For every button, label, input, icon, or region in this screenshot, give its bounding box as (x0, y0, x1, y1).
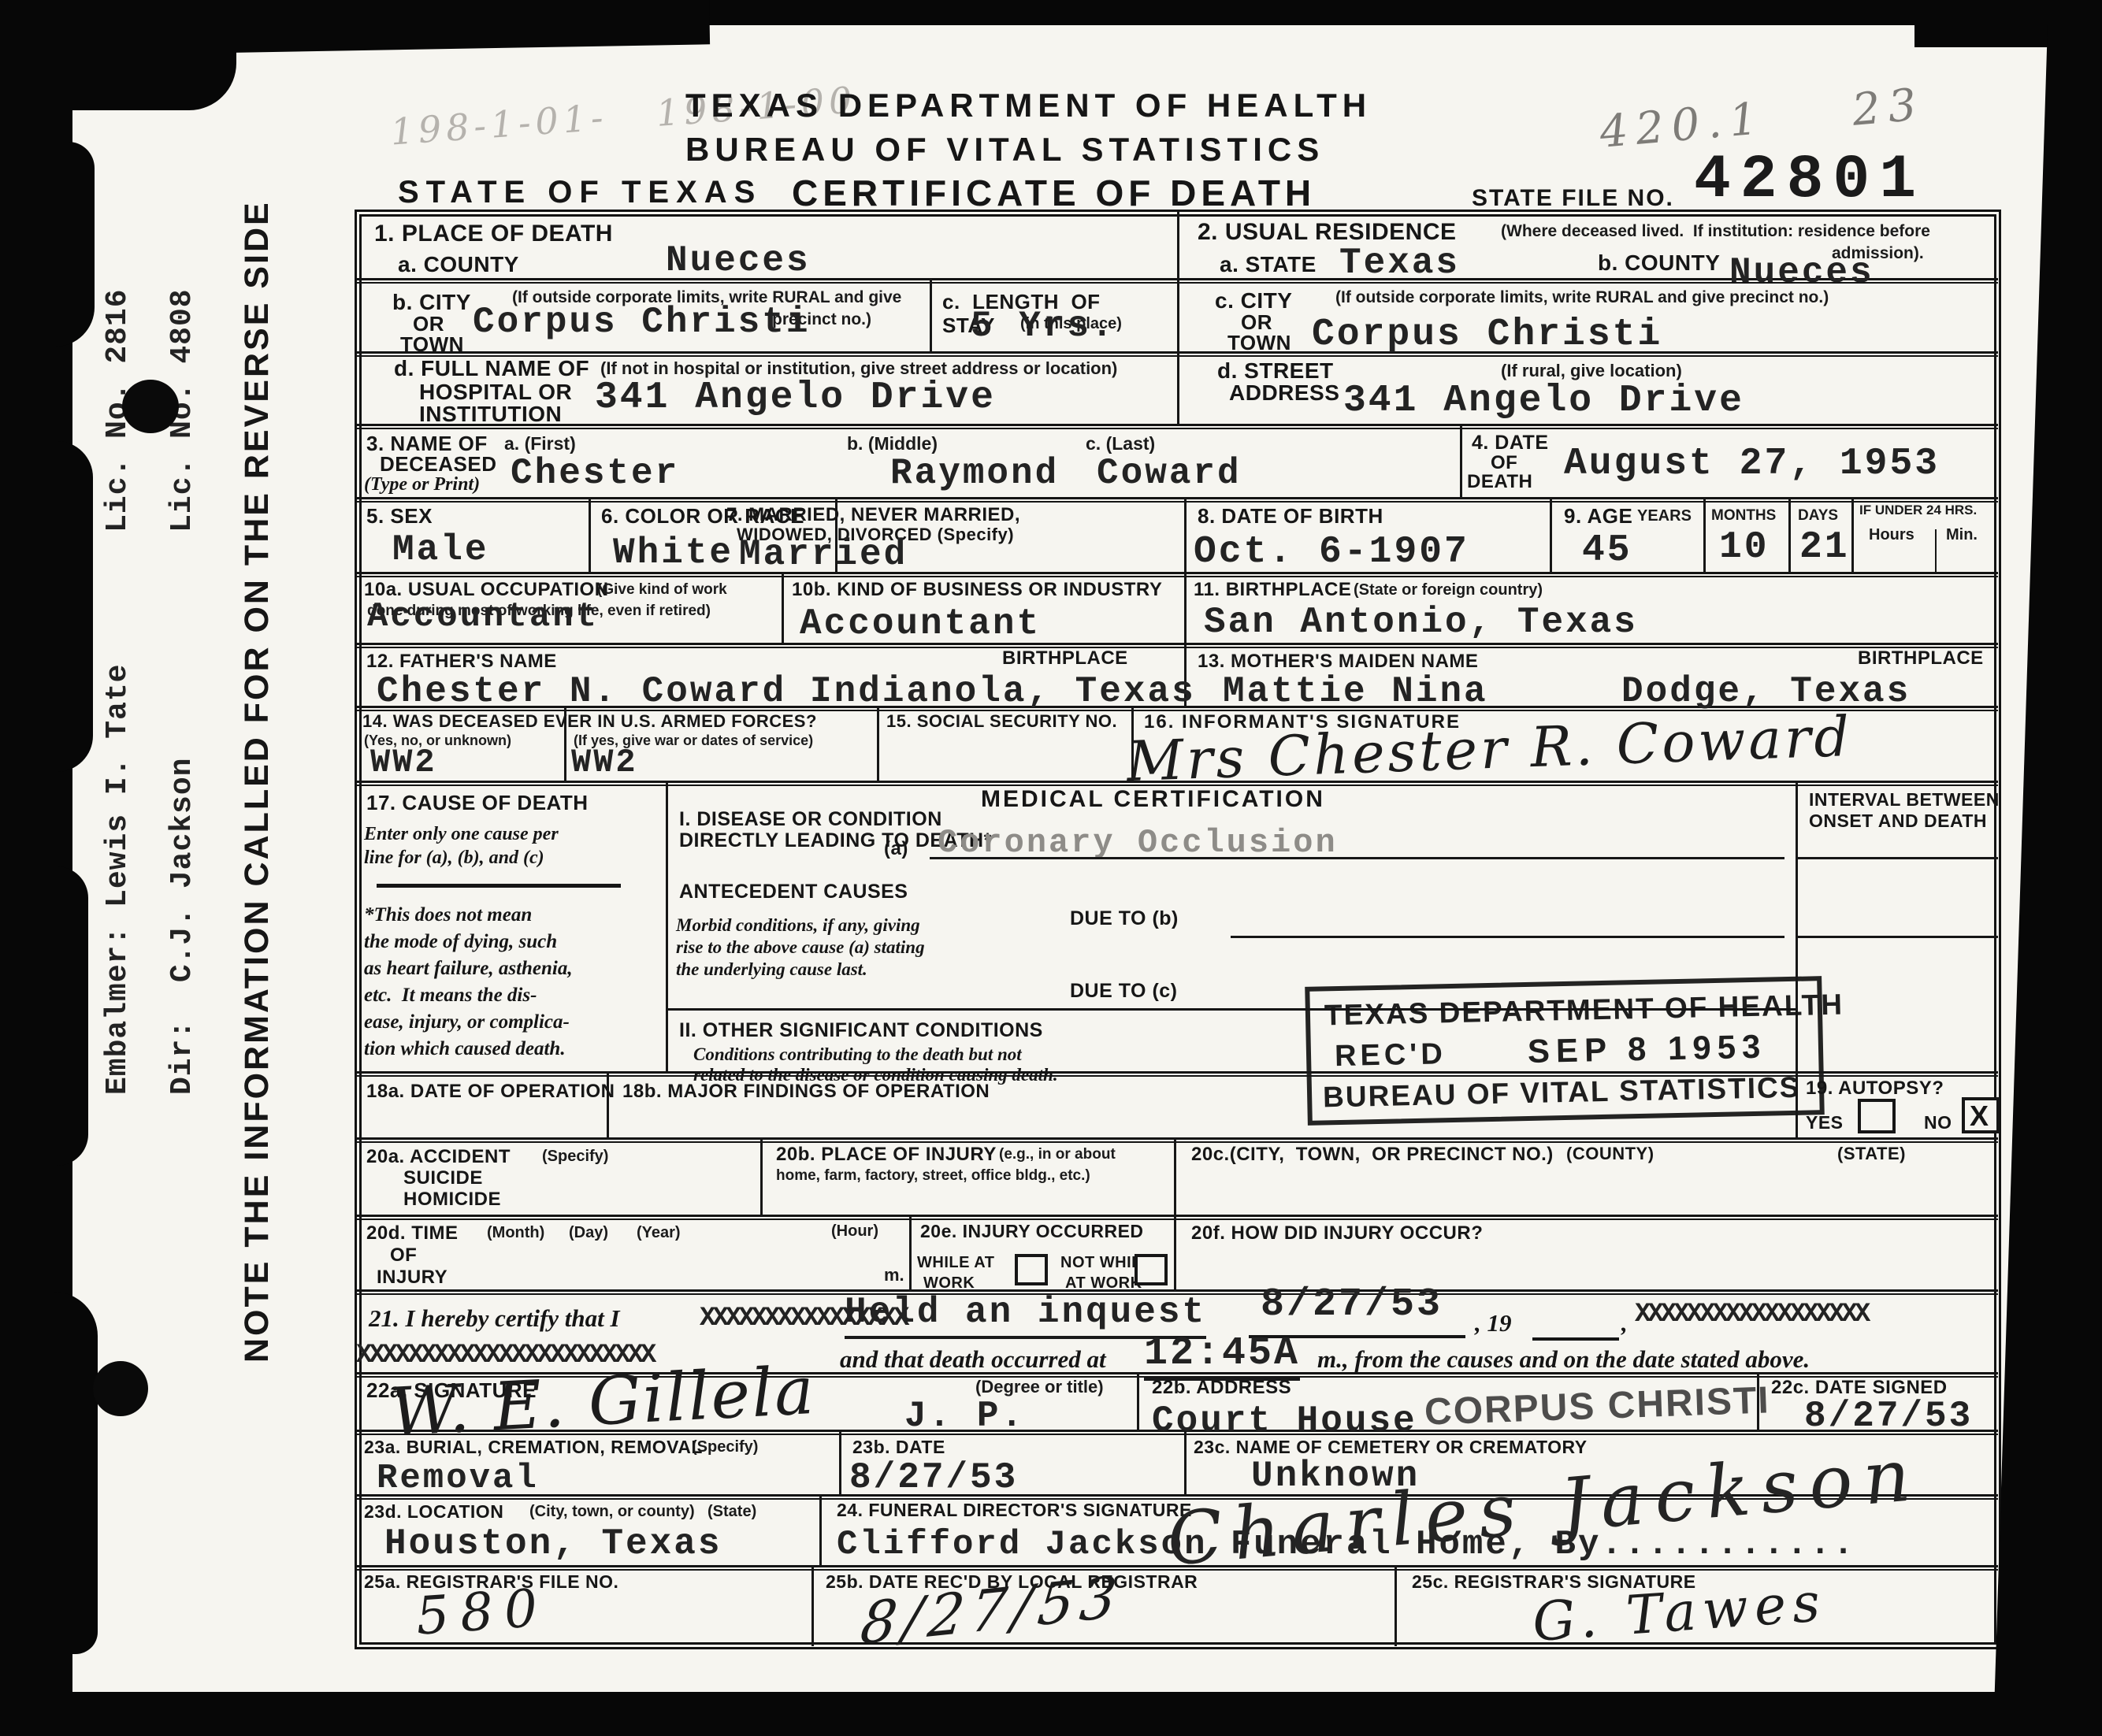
street-label2: ADDRESS (1229, 380, 1339, 406)
armed-forces-value1: WW2 (370, 744, 437, 781)
city-value: Corpus Christi (473, 302, 810, 343)
while-at-label: WHILE AT (917, 1254, 994, 1272)
burial-date-label: 23b. DATE (852, 1437, 945, 1458)
name-title2: DECEASED (380, 452, 496, 477)
homicide-label: HOMICIDE (403, 1189, 501, 1211)
morbid-note1: Morbid conditions, if any, giving (676, 915, 920, 936)
accident-specify-note: (Specify) (542, 1148, 608, 1166)
location-label: 23d. LOCATION (364, 1501, 503, 1523)
time-of-injury-of: OF (390, 1245, 417, 1267)
sex-label: 5. SEX (366, 504, 433, 529)
margin-director-line: Dir: C.J. Jackson Lic. No. 4808 (165, 260, 199, 1095)
stamp-recd: REC'D (1335, 1037, 1447, 1074)
other-conditions-note1: Conditions contributing to the death but… (693, 1044, 1022, 1065)
cause-a-tag: (a) (884, 838, 908, 860)
first-name-label: a. (First) (504, 433, 576, 454)
header-department: TEXAS DEPARTMENT OF HEALTH (685, 87, 1253, 124)
header-certificate-title: CERTIFICATE OF DEATH (792, 172, 1316, 214)
street-note: (If rural, give location) (1501, 361, 1682, 381)
age-months-label: MONTHS (1711, 507, 1776, 525)
cause-note5: as heart failure, asthenia, (364, 958, 573, 980)
not-at-work-checkbox[interactable] (1135, 1254, 1168, 1285)
age-label: 9. AGE (1564, 504, 1632, 529)
occupation-value: Accountant (367, 597, 599, 636)
antecedent-label: ANTECEDENT CAUSES (679, 881, 908, 903)
street-value: 341 Angelo Drive (1343, 380, 1744, 422)
ssn-label: 15. SOCIAL SECURITY NO. (886, 711, 1117, 732)
date-of-death-value: August 27, 1953 (1564, 443, 1940, 485)
scan-edge-left-jag3 (55, 866, 88, 1166)
day-label: (Day) (569, 1224, 608, 1242)
age-months-value: 10 (1719, 526, 1770, 569)
header-state-of-texas: STATE OF TEXAS (398, 175, 762, 210)
cause-note4: the mode of dying, such (364, 931, 557, 953)
burial-date-value: 8/27/53 (849, 1457, 1018, 1498)
suicide-label: SUICIDE (403, 1167, 483, 1189)
date-of-operation-label: 18a. DATE OF OPERATION (366, 1081, 615, 1103)
due-to-b-label: DUE TO (b) (1070, 907, 1179, 930)
date-of-death-label3: DEATH (1467, 471, 1532, 493)
hours-label: Hours (1869, 526, 1914, 544)
industry-value: Accountant (800, 603, 1041, 644)
due-to-c-label: DUE TO (c) (1070, 980, 1178, 1003)
cause-note2: line for (a), (b), and (c) (364, 848, 544, 869)
place-of-death-title: 1. PLACE OF DEATH (374, 221, 613, 247)
armed-forces-value2: WW2 (571, 744, 638, 781)
death-time-value: 12:45A (1144, 1331, 1300, 1381)
margin-embalmer-line: Embalmer: Lewis I. Tate Lic. No. 2816 (101, 260, 135, 1095)
stamp-date: SEP 8 1953 (1528, 1028, 1767, 1070)
autopsy-no-x: X (1970, 1100, 1989, 1133)
strike-xs-2: XXXXXXXXXXXXXXXXXX (1635, 1300, 1867, 1330)
cause-note6: etc. It means the dis- (364, 985, 537, 1007)
marital-label: 7. MARRIED, NEVER MARRIED, (726, 504, 1020, 526)
armed-forces-label: 14. WAS DECEASED EVER IN U.S. ARMED FORC… (362, 711, 817, 732)
usual-residence-title: 2. USUAL RESIDENCE (1198, 219, 1457, 246)
interval-label2: ONSET AND DEATH (1809, 811, 1987, 832)
burial-specify-note: (Specify) (692, 1438, 758, 1456)
middle-name-label: b. (Middle) (847, 433, 938, 454)
last-name-label: c. (Last) (1086, 433, 1155, 454)
birthplace-label: 11. BIRTHPLACE (1194, 579, 1351, 601)
autopsy-no-label: NO (1924, 1112, 1952, 1133)
first-name-value: Chester (511, 453, 679, 494)
residence-city-town: TOWN (1227, 331, 1291, 355)
county-value: Nueces (666, 240, 811, 281)
mother-birthplace-value: Dodge, Texas (1621, 671, 1911, 712)
hospital-label3: INSTITUTION (419, 402, 562, 427)
not-while-at-work-label: AT WORK (1065, 1274, 1142, 1293)
margin-reverse-note: NOTE THE INFORMATION CALLED FOR ON THE R… (238, 331, 277, 1363)
address-label: 22b. ADDRESS (1152, 1377, 1291, 1399)
stamp-line1: TEXAS DEPARTMENT OF HEALTH (1324, 989, 1844, 1033)
autopsy-yes-label: YES (1806, 1112, 1844, 1133)
registrar-file-value: 580 (414, 1577, 551, 1647)
mother-label: 13. MOTHER'S MAIDEN NAME (1198, 651, 1478, 673)
scan-edge-left-jag4 (54, 1292, 98, 1654)
punch-hole-bottom (93, 1361, 148, 1416)
from-causes-text: m., from the causes and on the date stat… (1317, 1345, 1810, 1374)
residence-city-value: Corpus Christi (1312, 313, 1662, 356)
middle-name-value: Raymond (890, 453, 1059, 494)
cemetery-label: 23c. NAME OF CEMETERY OR CREMATORY (1194, 1437, 1588, 1458)
scanned-death-certificate: { "header": { "scribble": "198-1-01- 198… (0, 0, 2102, 1736)
father-birthplace-label: BIRTHPLACE (1002, 647, 1128, 670)
major-findings-label: 18b. MAJOR FINDINGS OF OPERATION (622, 1081, 990, 1103)
degree-title-note: (Degree or title) (975, 1377, 1104, 1397)
certify-comma: , (1621, 1309, 1628, 1337)
age-years-label: YEARS (1637, 507, 1692, 525)
burial-label: 23a. BURIAL, CREMATION, REMOVAL (364, 1437, 703, 1458)
last-name-value: Coward (1097, 453, 1242, 494)
address-value: Court House (1152, 1400, 1417, 1441)
inquest-date-value: 8/27/53 (1261, 1282, 1443, 1327)
while-at-work-label: WORK (923, 1274, 975, 1293)
name-title3: (Type or Print) (364, 474, 480, 495)
month-label: (Month) (487, 1224, 544, 1242)
cause-note3: *This does not mean (364, 904, 532, 926)
certify-19: , 19 (1475, 1309, 1512, 1337)
injury-occurred-label: 20e. INJURY OCCURRED (920, 1221, 1144, 1242)
other-conditions-label: II. OTHER SIGNIFICANT CONDITIONS (679, 1019, 1043, 1042)
state-value: Texas (1339, 243, 1460, 284)
morbid-note3: the underlying cause last. (676, 959, 867, 980)
m-label: m. (884, 1265, 904, 1285)
residence-county-value: Nueces (1729, 252, 1874, 293)
location-state-note: (State) (707, 1503, 756, 1521)
received-stamp: TEXAS DEPARTMENT OF HEALTH REC'D SEP 8 1… (1305, 976, 1825, 1126)
min-label: Min. (1946, 526, 1978, 544)
cause-note7: ease, injury, or complica- (364, 1011, 570, 1033)
location-note: (City, town, or county) (529, 1503, 695, 1521)
cause-note8: tion which caused death. (364, 1038, 566, 1060)
county-label: a. COUNTY (398, 252, 519, 277)
time-of-injury-injury: INJURY (377, 1267, 448, 1289)
place-of-injury-note2: home, farm, factory, street, office bldg… (776, 1167, 1090, 1185)
birthplace-value: San Antonio, Texas (1204, 602, 1638, 643)
funeral-director-label: 24. FUNERAL DIRECTOR'S SIGNATURE (837, 1500, 1192, 1521)
place-of-injury-note: (e.g., in or about (999, 1146, 1116, 1163)
usual-residence-note: (Where deceased lived. If institution: r… (1501, 222, 1930, 241)
burial-value: Removal (377, 1459, 539, 1498)
city-label-town: TOWN (400, 332, 464, 357)
mother-value: Mattie Nina (1223, 671, 1488, 712)
industry-label: 10b. KIND OF BUSINESS OR INDUSTRY (792, 579, 1162, 601)
place-of-injury-label: 20b. PLACE OF INJURY (776, 1144, 997, 1166)
birthplace-note: (State or foreign country) (1354, 581, 1543, 599)
hour-label: (Hour) (831, 1222, 878, 1241)
scan-edge-bottom (0, 1692, 2102, 1736)
cause-a-value: Coronary Occlusion (938, 824, 1338, 862)
scan-edge-left-jag2 (57, 441, 93, 772)
degree-title-value: J. P. (904, 1396, 1025, 1437)
scan-edge-left-jag1 (55, 142, 95, 347)
residence-county-label: b. COUNTY (1598, 250, 1720, 276)
age-days-value: 21 (1799, 526, 1850, 569)
year-label: (Year) (637, 1224, 681, 1242)
dob-value: Oct. 6-1907 (1194, 531, 1469, 573)
father-label: 12. FATHER'S NAME (366, 651, 557, 673)
disease-label: I. DISEASE OR CONDITION (679, 808, 942, 831)
father-birthplace-value: Indianola, Texas (810, 671, 1196, 712)
stamp-line3: BUREAU OF VITAL STATISTICS (1323, 1071, 1801, 1115)
while-at-work-checkbox[interactable] (1015, 1254, 1048, 1285)
punch-hole-top (122, 380, 179, 433)
race-value: White (613, 532, 733, 573)
date-signed-value: 8/27/53 (1804, 1396, 1973, 1437)
age-years-value: 45 (1582, 529, 1632, 572)
age-days-label: DAYS (1798, 507, 1838, 525)
header-bureau: BUREAU OF VITAL STATISTICS (685, 131, 1253, 169)
under-24-label: IF UNDER 24 HRS. (1859, 503, 1977, 518)
time-of-injury-label: 20d. TIME (366, 1222, 459, 1245)
mother-birthplace-label: BIRTHPLACE (1858, 647, 1984, 670)
accident-label: 20a. ACCIDENT (366, 1146, 511, 1168)
state-file-no-label: STATE FILE NO. (1472, 185, 1674, 212)
location-value: Houston, Texas (384, 1523, 722, 1564)
stay-value: 5 Yrs. (971, 306, 1116, 347)
death-occurred-text: and that death occurred at (840, 1345, 1106, 1374)
dob-label: 8. DATE OF BIRTH (1198, 504, 1383, 529)
injury-city-label: 20c.(CITY, TOWN, OR PRECINCT NO.) (1191, 1144, 1554, 1166)
state-label: a. STATE (1220, 252, 1317, 277)
morbid-note2: rise to the above cause (a) stating (676, 937, 925, 958)
autopsy-label: 19. AUTOPSY? (1806, 1078, 1944, 1100)
marital-value: Married (739, 534, 908, 575)
hospital-value: 341 Angelo Drive (595, 377, 996, 419)
occupation-note: (Give kind of work (597, 581, 727, 599)
residence-city-note: (If outside corporate limits, write RURA… (1335, 288, 1829, 307)
cause-note1: Enter only one cause per (364, 824, 559, 845)
injury-county-label: (COUNTY) (1566, 1144, 1654, 1164)
medical-certification-title: MEDICAL CERTIFICATION (981, 786, 1325, 813)
scan-edge-right (1993, 0, 2102, 1736)
certify-text: 21. I hereby certify that I (369, 1304, 620, 1333)
cause-of-death-label: 17. CAUSE OF DEATH (366, 791, 589, 815)
father-value: Chester N. Coward (377, 671, 786, 712)
autopsy-yes-checkbox[interactable] (1858, 1099, 1896, 1133)
date-of-death-label: 4. DATE (1472, 432, 1549, 454)
state-file-number: 42801 (1694, 146, 1926, 215)
hospital-label: d. FULL NAME OF (394, 356, 589, 381)
sex-value: Male (392, 529, 488, 570)
injury-state-label: (STATE) (1837, 1144, 1906, 1164)
interval-label: INTERVAL BETWEEN (1809, 789, 2000, 811)
how-injury-label: 20f. HOW DID INJURY OCCUR? (1191, 1222, 1483, 1245)
